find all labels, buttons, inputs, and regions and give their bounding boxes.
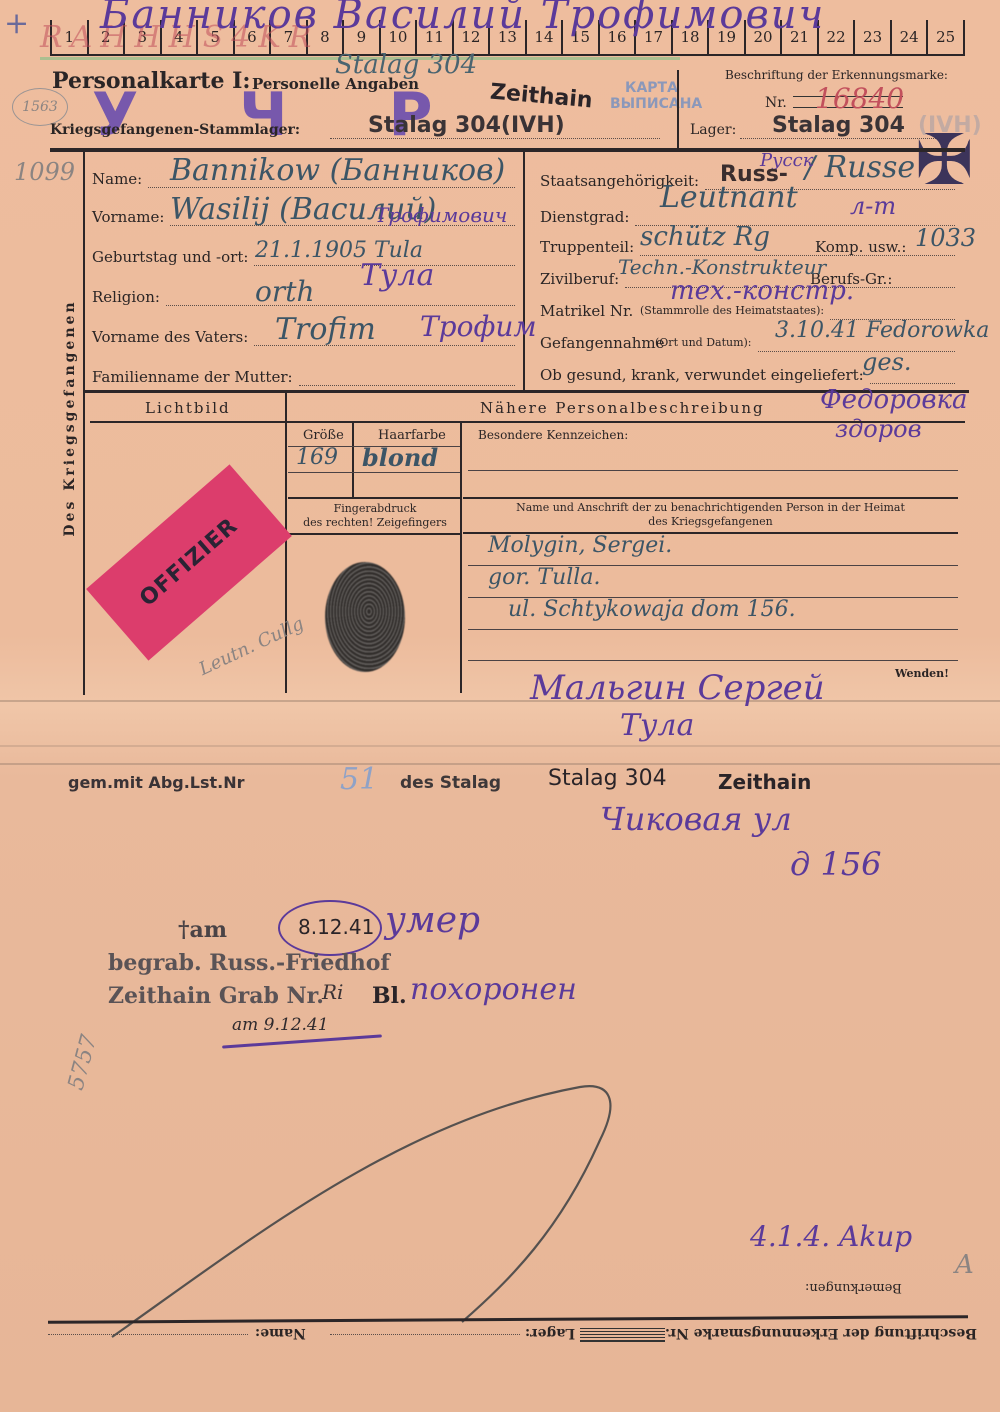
remarks-signature: 4.1.4. Akup: [750, 1220, 912, 1253]
reverse-erkennungsmarke-label: Beschriftung der Erkennungsmarke Nr.: [665, 1325, 977, 1341]
dotted-line: [48, 1334, 248, 1335]
pencil-mark: A: [955, 1250, 974, 1280]
reverse-strike-lines: [580, 1328, 665, 1342]
reverse-name-label: Name:: [255, 1325, 306, 1341]
bemerkungen-label: Bemerkungen:: [805, 1280, 902, 1295]
reverse-lager-label: Lager:: [525, 1325, 575, 1341]
pencil-stroke: [0, 0, 1000, 1412]
dotted-line: [330, 1334, 520, 1335]
